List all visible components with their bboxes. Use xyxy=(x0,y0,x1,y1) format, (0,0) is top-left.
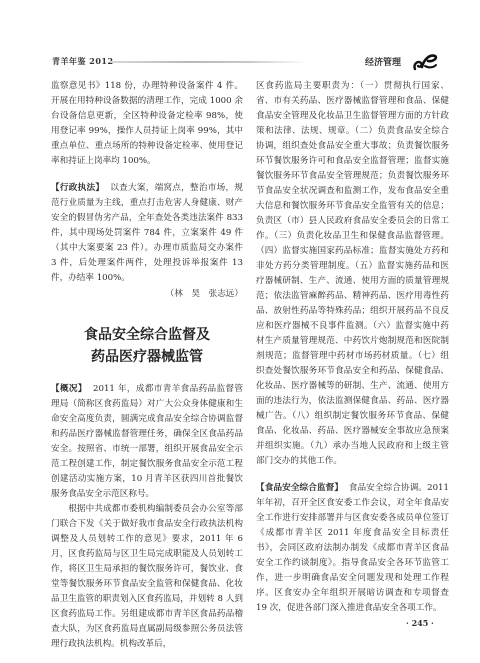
left-column: 监察意见书》118 份，办理特种设备案件 4 件。开展在用特种设备数据的清理工作… xyxy=(51,79,243,652)
section-heading: 食品安全综合监督及 药品医疗器械监管 xyxy=(51,324,243,368)
paragraph-main-duties: 区食药监局主要职责为：（一）贯彻执行国家、省、市有关药品、医疗器械监督管理和食品… xyxy=(256,79,449,469)
paragraph-overview: 【概况】 2011 年，成都市青羊食品药品监督管理局（简称区食药监局）对广大公众… xyxy=(51,382,243,502)
section-tag: 【行政执法】 xyxy=(51,183,104,193)
paragraph-text: 食品安全综合协调。2011 年年初，召开全区食安委工作会议，对全年食品安全工作进… xyxy=(256,483,449,613)
paragraph-text: 以查大案，端窝点，整治市场，规范行业质量为主线，重点打击危害人身健康、财产安全的… xyxy=(51,183,243,283)
brush-swirl-logo-icon xyxy=(412,50,438,72)
header-divider xyxy=(110,61,308,63)
paragraph-special-equipment: 监察意见书》118 份，办理特种设备案件 4 件。开展在用特种设备数据的清理工作… xyxy=(51,79,243,169)
paragraph-food-safety-supervision: 【食品安全综合监督】 食品安全综合协调。2011 年年初，召开全区食安委工作会议… xyxy=(256,481,449,616)
section-tag: 【概况】 xyxy=(51,384,87,394)
yearbook-title: 青羊年鉴 2012 xyxy=(52,56,114,67)
paragraph-text: 2011 年，成都市青羊食品药品监督管理局（简称区食药监局）对广大公众身体健康和… xyxy=(51,384,243,499)
page-number: · 245 · xyxy=(406,618,434,628)
section-category: 经济管理 xyxy=(365,55,401,68)
paragraph-institutional-reform: 根据中共成都市委机构编制委员会办公室等部门联合下发《关于做好我市食品安全行政执法… xyxy=(51,502,243,652)
paragraph-administrative-enforcement: 【行政执法】 以查大案，端窝点，整治市场，规范行业质量为主线，重点打击危害人身健… xyxy=(51,181,243,286)
section-tag: 【食品安全综合监督】 xyxy=(256,483,343,493)
author-signature: （林 昊 张志远） xyxy=(51,287,243,302)
right-column: 区食药监局主要职责为：（一）贯彻执行国家、省、市有关药品、医疗器械监督管理和食品… xyxy=(256,79,449,616)
section-heading-line2: 药品医疗器械监管 xyxy=(51,346,243,368)
section-heading-line1: 食品安全综合监督及 xyxy=(51,324,243,346)
